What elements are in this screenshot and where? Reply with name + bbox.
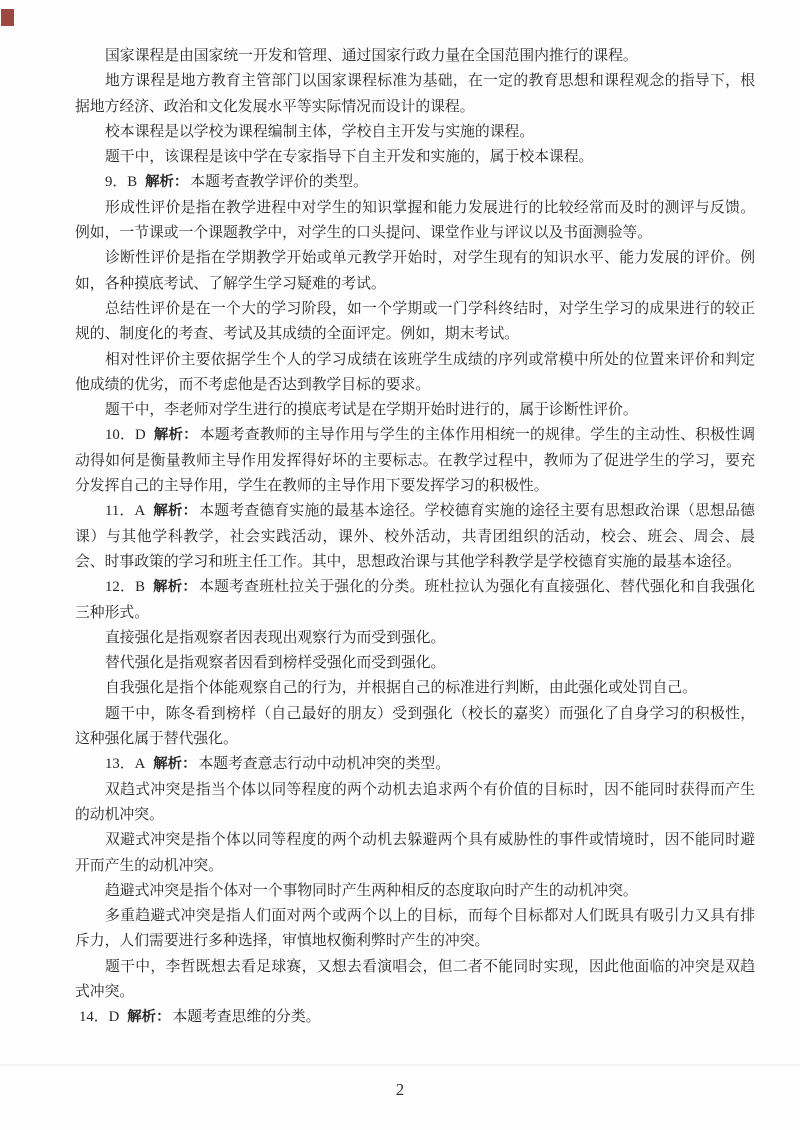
paragraph: 13．A解析：本题考查意志行动中动机冲突的类型。 [75, 752, 755, 777]
answer-label: 解析： [153, 503, 197, 519]
answer-number: 11．A [105, 503, 145, 519]
paragraph: 题干中，李哲既想去看足球赛，又想去看演唱会，但二者不能同时实现，因此他面临的冲突… [75, 955, 755, 1006]
paragraph: 国家课程是由国家统一开发和管理、通过国家行政力量在全国范围内推行的课程。 [75, 44, 755, 69]
paragraph-text: 题干中，该课程是该中学在专家指导下自主开发和实施的，属于校本课程。 [105, 149, 593, 165]
paragraph: 诊断性评价是指在学期教学开始或单元教学开始时，对学生现有的知识水平、能力发展的评… [75, 246, 755, 297]
paragraph: 多重趋避式冲突是指人们面对两个或两个以上的目标，而每个目标都对人们既具有吸引力又… [75, 904, 755, 955]
paragraph-text: 国家课程是由国家统一开发和管理、通过国家行政力量在全国范围内推行的课程。 [105, 48, 638, 64]
paragraph-text: 题干中，李哲既想去看足球赛，又想去看演唱会，但二者不能同时实现，因此他面临的冲突… [75, 959, 755, 1000]
document-page: 国家课程是由国家统一开发和管理、通过国家行政力量在全国范围内推行的课程。地方课程… [0, 0, 800, 1130]
paragraph: 总结性评价是在一个大的学习阶段，如一个学期或一门学科终结时，对学生学习的成果进行… [75, 297, 755, 348]
paragraph-text: 地方课程是地方教育主管部门以国家课程标准为基础，在一定的教育思想和课程观念的指导… [75, 73, 755, 114]
paragraph-text: 相对性评价主要依据学生个人的学习成绩在该班学生成绩的序列或常模中所处的位置来评价… [75, 352, 755, 393]
paragraph-text: 双趋式冲突是指当个体以同等程度的两个动机去追求两个有价值的目标时，因不能同时获得… [75, 782, 755, 823]
page-number: 2 [0, 1080, 800, 1100]
paragraph: 相对性评价主要依据学生个人的学习成绩在该班学生成绩的序列或常模中所处的位置来评价… [75, 348, 755, 399]
paragraph: 12．B解析：本题考查班杜拉关于强化的分类。班杜拉认为强化有直接强化、替代强化和… [75, 575, 755, 626]
answer-label: 解析： [153, 579, 197, 595]
paragraph: 题干中，陈冬看到榜样（自己最好的朋友）受到强化（校长的嘉奖）而强化了自身学习的积… [75, 702, 755, 753]
paragraph-text: 双避式冲突是指个体以同等程度的两个动机去躲避两个具有威胁性的事件或情境时，因不能… [75, 832, 755, 873]
document-body: 国家课程是由国家统一开发和管理、通过国家行政力量在全国范围内推行的课程。地方课程… [75, 44, 755, 1031]
paragraph-text: 诊断性评价是指在学期教学开始或单元教学开始时，对学生现有的知识水平、能力发展的评… [75, 250, 755, 291]
paragraph: 趋避式冲突是指个体对一个事物同时产生两种相反的态度取向时产生的动机冲突。 [75, 879, 755, 904]
paragraph-text: 自我强化是指个体能观察自己的行为，并根据自己的标准进行判断，由此强化或处罚自己。 [105, 680, 697, 696]
answer-number: 10．D [105, 427, 146, 443]
paragraph: 题干中，该课程是该中学在专家指导下自主开发和实施的，属于校本课程。 [75, 145, 755, 170]
paragraph: 双趋式冲突是指当个体以同等程度的两个动机去追求两个有价值的目标时，因不能同时获得… [75, 778, 755, 829]
paragraph: 自我强化是指个体能观察自己的行为，并根据自己的标准进行判断，由此强化或处罚自己。 [75, 676, 755, 701]
answer-label: 解析： [154, 427, 198, 443]
paragraph-text: 形成性评价是指在教学进程中对学生的知识掌握和能力发展进行的比较经常而及时的测评与… [75, 200, 755, 241]
paragraph-text: 本题考查思维的分类。 [172, 1009, 320, 1025]
paragraph: 替代强化是指观察者因看到榜样受强化而受到强化。 [75, 651, 755, 676]
paragraph: 地方课程是地方教育主管部门以国家课程标准为基础，在一定的教育思想和课程观念的指导… [75, 69, 755, 120]
paragraph-text: 题干中，陈冬看到榜样（自己最好的朋友）受到强化（校长的嘉奖）而强化了自身学习的积… [75, 706, 755, 747]
paragraph-text: 趋避式冲突是指个体对一个事物同时产生两种相反的态度取向时产生的动机冲突。 [105, 883, 638, 899]
answer-label: 解析： [153, 756, 196, 772]
paragraph: 题干中，李老师对学生进行的摸底考试是在学期开始时进行的，属于诊断性评价。 [75, 398, 755, 423]
paragraph: 14．D解析：本题考查思维的分类。 [75, 1005, 755, 1030]
paragraph-text: 总结性评价是在一个大的学习阶段，如一个学期或一门学科终结时，对学生学习的成果进行… [75, 301, 755, 342]
answer-number: 12．B [105, 579, 145, 595]
answer-number: 9．B [105, 174, 137, 190]
answer-number: 14．D [79, 1009, 119, 1025]
paragraph: 双避式冲突是指个体以同等程度的两个动机去躲避两个具有威胁性的事件或情境时，因不能… [75, 828, 755, 879]
paragraph: 形成性评价是指在教学进程中对学生的知识掌握和能力发展进行的比较经常而及时的测评与… [75, 196, 755, 247]
paragraph-text: 题干中，李老师对学生进行的摸底考试是在学期开始时进行的，属于诊断性评价。 [105, 402, 638, 418]
paragraph: 直接强化是指观察者因表现出观察行为而受到强化。 [75, 626, 755, 651]
paragraph-text: 替代强化是指观察者因看到榜样受强化而受到强化。 [105, 655, 445, 671]
answer-label: 解析： [127, 1009, 170, 1025]
paragraph-text: 本题考查意志行动中动机冲突的类型。 [198, 756, 450, 772]
paragraph-text: 校本课程是以学校为课程编制主体，学校自主开发与实施的课程。 [105, 124, 534, 140]
paragraph-text: 直接强化是指观察者因表现出观察行为而受到强化。 [105, 630, 445, 646]
corner-mark [1, 9, 14, 26]
paragraph-text: 本题考查教学评价的类型。 [190, 174, 368, 190]
paragraph: 校本课程是以学校为课程编制主体，学校自主开发与实施的课程。 [75, 120, 755, 145]
paragraph: 11．A解析：本题考查德育实施的最基本途径。学校德育实施的途径主要有思想政治课（… [75, 499, 755, 575]
answer-label: 解析： [145, 174, 188, 190]
footer-divider [0, 1064, 800, 1066]
answer-number: 13．A [105, 756, 145, 772]
paragraph: 10．D解析：本题考查教师的主导作用与学生的主体作用相统一的规律。学生的主动性、… [75, 423, 755, 499]
paragraph-text: 多重趋避式冲突是指人们面对两个或两个以上的目标，而每个目标都对人们既具有吸引力又… [75, 908, 755, 949]
paragraph: 9．B解析：本题考查教学评价的类型。 [75, 170, 755, 195]
